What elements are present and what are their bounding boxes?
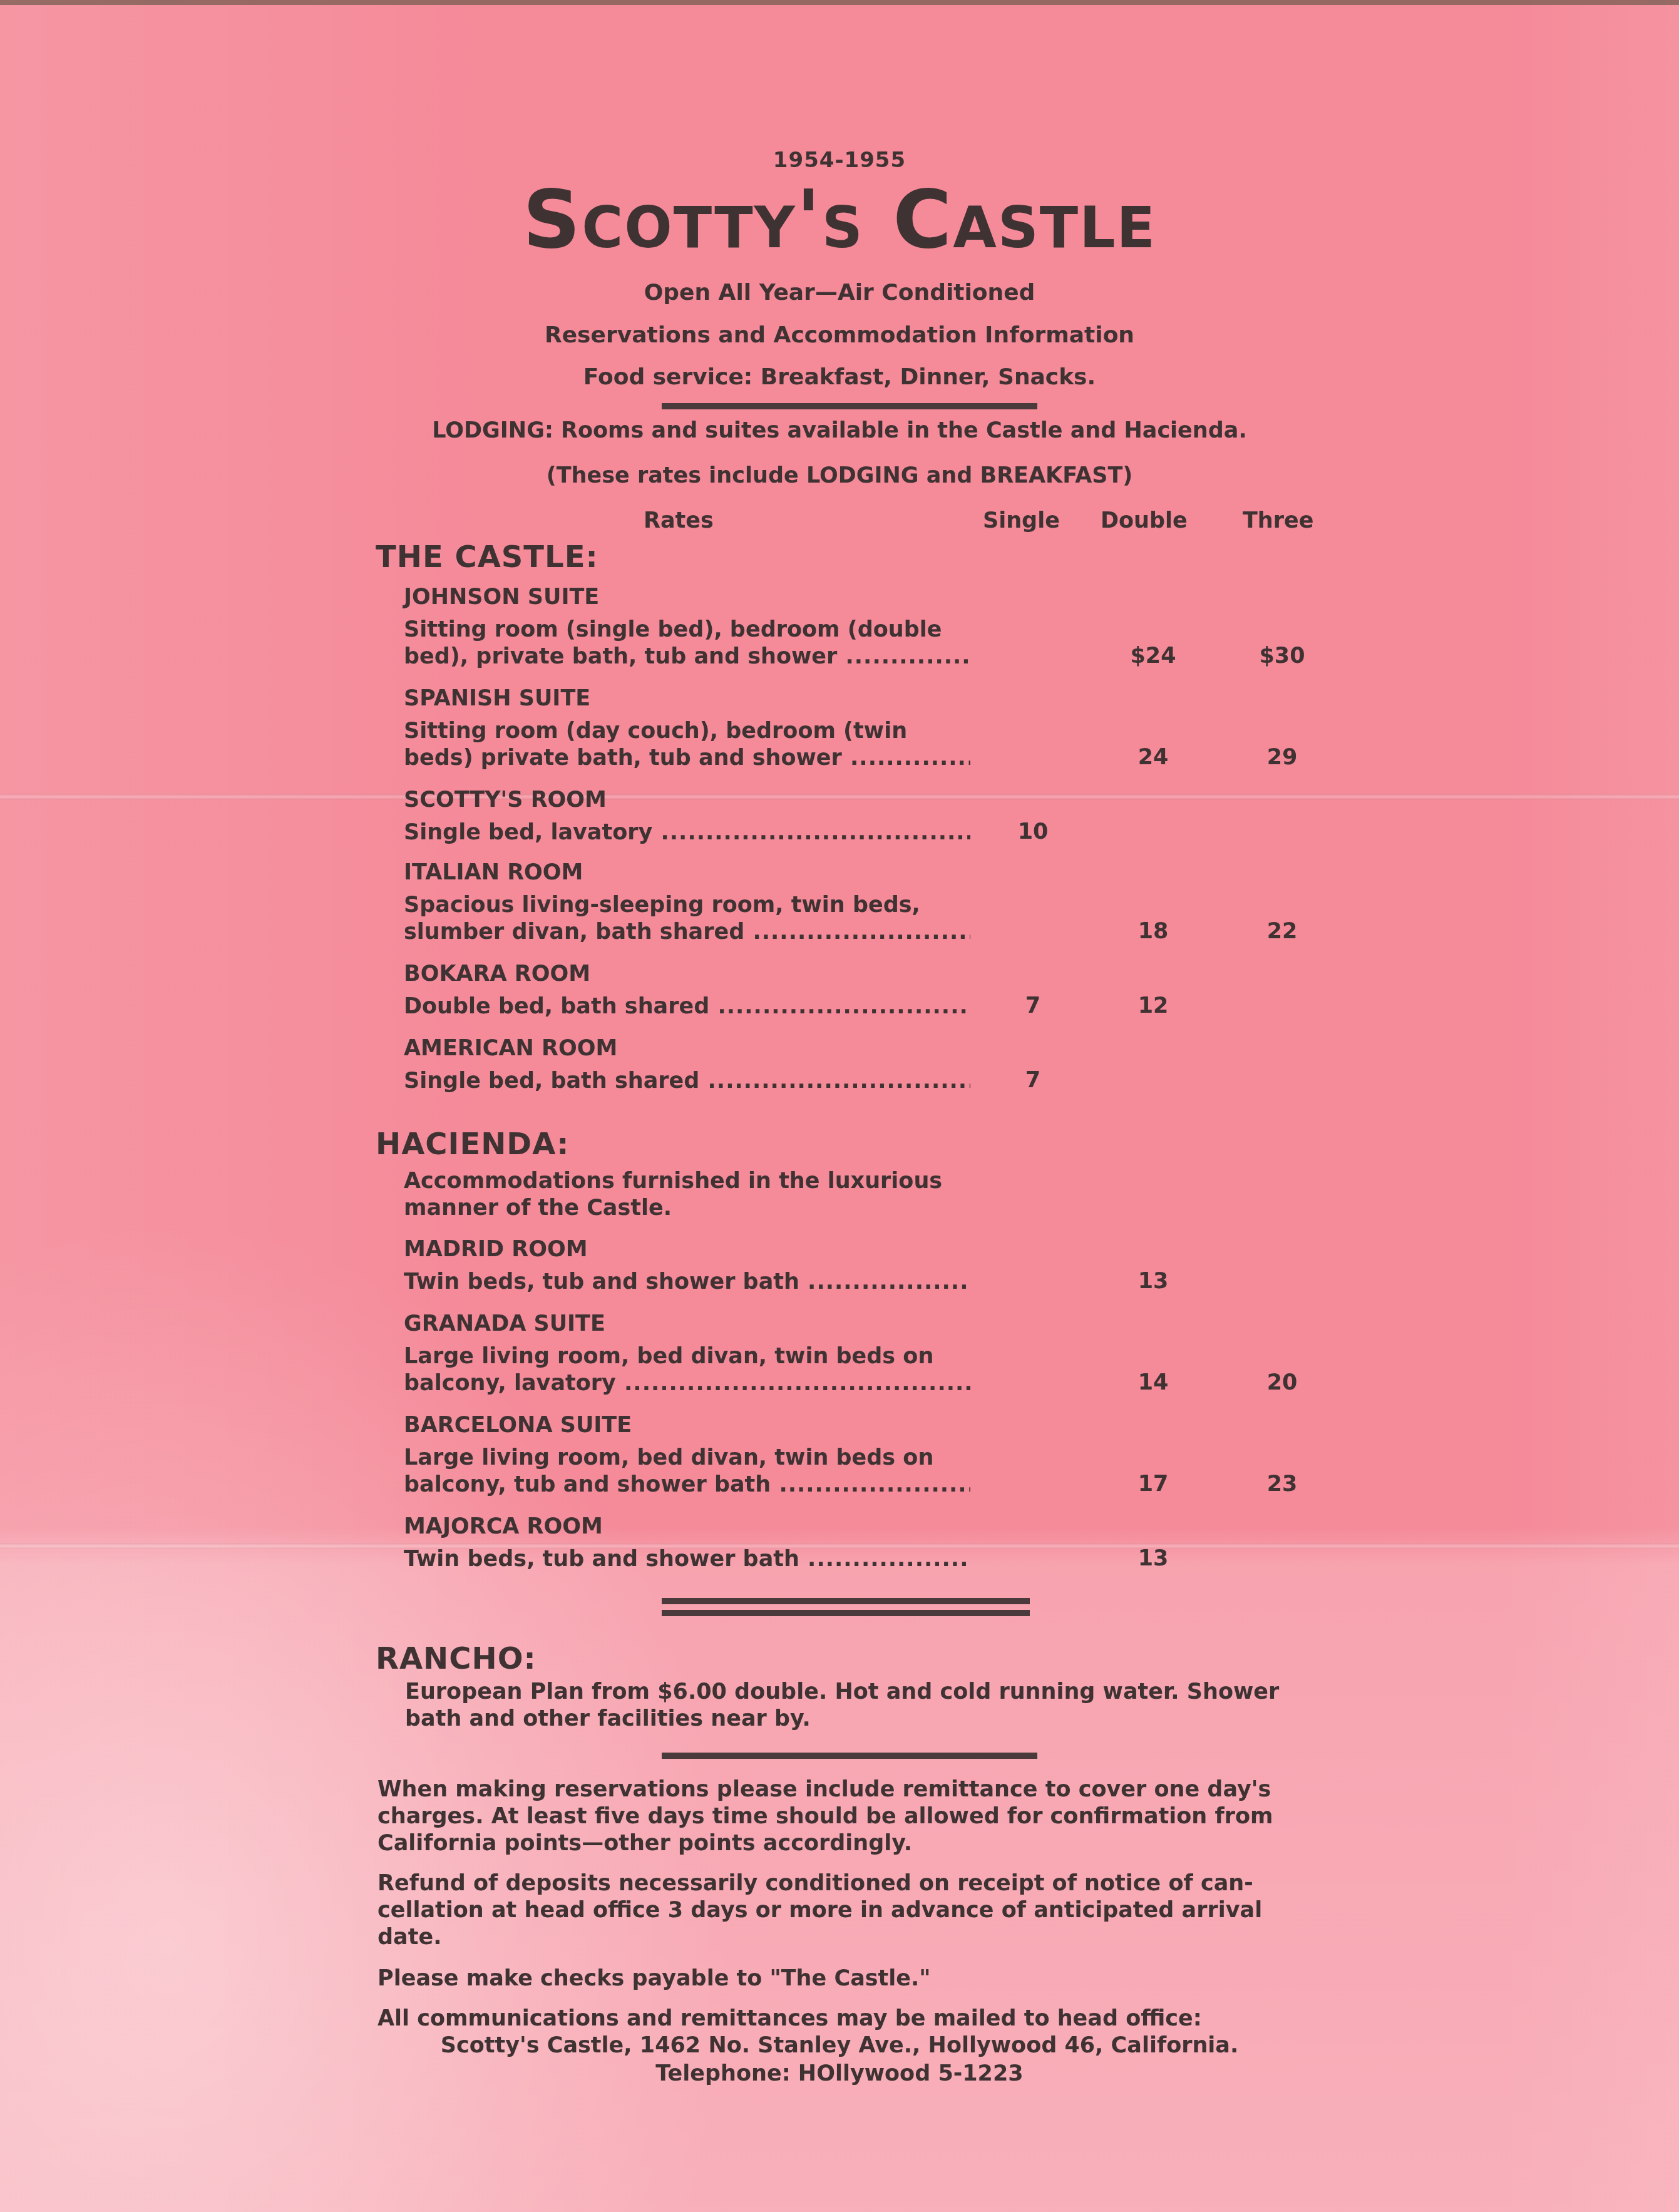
- room-description: Twin beds, tub and shower bath: [404, 1546, 970, 1573]
- note-line: date.: [377, 1924, 1317, 1951]
- refund-note: Refund of deposits necessarily condition…: [377, 1870, 1317, 1951]
- price-three: 20: [1248, 1370, 1317, 1395]
- room-name: SCOTTY'S ROOM: [404, 787, 607, 812]
- description-line: balcony, lavatory: [404, 1370, 970, 1397]
- intro-line: manner of the Castle.: [404, 1195, 970, 1222]
- price-double: 14: [1119, 1370, 1188, 1395]
- rates-include-note: (These rates include LODGING and BREAKFA…: [0, 463, 1679, 488]
- room-description: Sitting room (single bed), bedroom (doub…: [404, 617, 970, 670]
- room-name: BOKARA ROOM: [404, 961, 590, 986]
- rancho-line: European Plan from $6.00 double. Hot and…: [405, 1679, 1319, 1706]
- subtitle-reservations: Reservations and Accommodation Informati…: [0, 322, 1679, 348]
- description-line: Spacious living-sleeping room, twin beds…: [404, 892, 970, 919]
- fold-crease: [0, 794, 1679, 800]
- description-line: Sitting room (single bed), bedroom (doub…: [404, 617, 970, 643]
- rancho-line: bath and other facilities near by.: [405, 1706, 1319, 1733]
- column-header-double: Double: [1101, 508, 1188, 533]
- price-single: 10: [999, 819, 1067, 844]
- description-line: balcony, tub and shower bath: [404, 1472, 970, 1498]
- head-office-note: All communications and remittances may b…: [377, 2005, 1317, 2032]
- note-line: When making reservations please include …: [377, 1776, 1317, 1803]
- price-single: 7: [999, 1068, 1067, 1093]
- column-header-three: Three: [1243, 508, 1314, 533]
- description-line: Double bed, bath shared: [404, 993, 970, 1020]
- price-double: 13: [1119, 1269, 1188, 1294]
- room-description: Twin beds, tub and shower bath: [404, 1269, 970, 1296]
- price-double: $24: [1119, 643, 1188, 668]
- note-line: Refund of deposits necessarily condition…: [377, 1870, 1317, 1897]
- price-double: 12: [1119, 993, 1188, 1018]
- description-line: bed), private bath, tub and shower: [404, 643, 970, 670]
- description-line: Single bed, bath shared: [404, 1068, 970, 1095]
- description-line: Large living room, bed divan, twin beds …: [404, 1445, 970, 1472]
- room-description: Sitting room (day couch), bedroom (twinb…: [404, 718, 970, 772]
- lodging-note: LODGING: Rooms and suites available in t…: [0, 418, 1679, 443]
- note-line: cellation at head office 3 days or more …: [377, 1897, 1317, 1924]
- column-header-single: Single: [983, 508, 1060, 533]
- description-line: Twin beds, tub and shower bath: [404, 1546, 970, 1573]
- double-divider-rule: [662, 1598, 1030, 1604]
- room-name: GRANADA SUITE: [404, 1311, 605, 1336]
- description-line: slumber divan, bath shared: [404, 919, 970, 946]
- price-double: 18: [1119, 919, 1188, 944]
- checks-payable-note: Please make checks payable to "The Castl…: [377, 1965, 1317, 1992]
- section-intro: Accommodations furnished in the luxuriou…: [404, 1168, 970, 1222]
- price-single: 7: [999, 993, 1067, 1018]
- price-three: 29: [1248, 745, 1317, 770]
- room-description: Large living room, bed divan, twin beds …: [404, 1445, 970, 1498]
- description-line: Single bed, lavatory: [404, 819, 970, 846]
- reservation-note: When making reservations please include …: [377, 1776, 1317, 1857]
- intro-line: Accommodations furnished in the luxuriou…: [404, 1168, 970, 1195]
- room-name: ITALIAN ROOM: [404, 860, 583, 885]
- description-line: Twin beds, tub and shower bath: [404, 1269, 970, 1296]
- description-line: beds) private bath, tub and shower: [404, 745, 970, 772]
- room-name: SPANISH SUITE: [404, 686, 590, 711]
- room-name: JOHNSON SUITE: [404, 585, 599, 610]
- subtitle-open-all-year: Open All Year—Air Conditioned: [0, 280, 1679, 305]
- description-line: Large living room, bed divan, twin beds …: [404, 1343, 970, 1370]
- price-three: 22: [1248, 919, 1317, 944]
- section-title: THE CASTLE:: [376, 540, 598, 575]
- description-line: Sitting room (day couch), bedroom (twin: [404, 718, 970, 745]
- price-double: 24: [1119, 745, 1188, 770]
- head-office-address: Scotty's Castle, 1462 No. Stanley Ave., …: [0, 2033, 1679, 2058]
- room-description: Double bed, bath shared: [404, 993, 970, 1020]
- paper-top-edge: [0, 0, 1679, 5]
- subtitle-food-service: Food service: Breakfast, Dinner, Snacks.: [0, 364, 1679, 390]
- price-three: $30: [1248, 643, 1317, 668]
- note-line: California points—other points according…: [377, 1830, 1317, 1857]
- note-line: charges. At least five days time should …: [377, 1803, 1317, 1830]
- price-double: 13: [1119, 1546, 1188, 1571]
- room-name: MADRID ROOM: [404, 1237, 587, 1262]
- price-double: 17: [1119, 1472, 1188, 1497]
- section-title-rancho: RANCHO:: [376, 1641, 537, 1676]
- divider-rule: [662, 403, 1037, 409]
- price-three: 23: [1248, 1472, 1317, 1497]
- section-title: HACIENDA:: [376, 1127, 569, 1162]
- rancho-description: European Plan from $6.00 double. Hot and…: [405, 1679, 1319, 1733]
- room-name: MAJORCA ROOM: [404, 1514, 603, 1539]
- page-title: Scotty's Castle: [0, 180, 1679, 260]
- room-name: AMERICAN ROOM: [404, 1036, 617, 1061]
- divider-rule: [662, 1753, 1037, 1759]
- room-description: Single bed, lavatory: [404, 819, 970, 846]
- room-name: BARCELONA SUITE: [404, 1413, 632, 1438]
- double-divider-rule: [662, 1610, 1030, 1616]
- room-description: Large living room, bed divan, twin beds …: [404, 1343, 970, 1397]
- season-years: 1954-1955: [0, 148, 1679, 173]
- column-header-rates: Rates: [644, 508, 714, 533]
- telephone: Telephone: HOllywood 5-1223: [0, 2061, 1679, 2086]
- room-description: Spacious living-sleeping room, twin beds…: [404, 892, 970, 946]
- room-description: Single bed, bath shared: [404, 1068, 970, 1095]
